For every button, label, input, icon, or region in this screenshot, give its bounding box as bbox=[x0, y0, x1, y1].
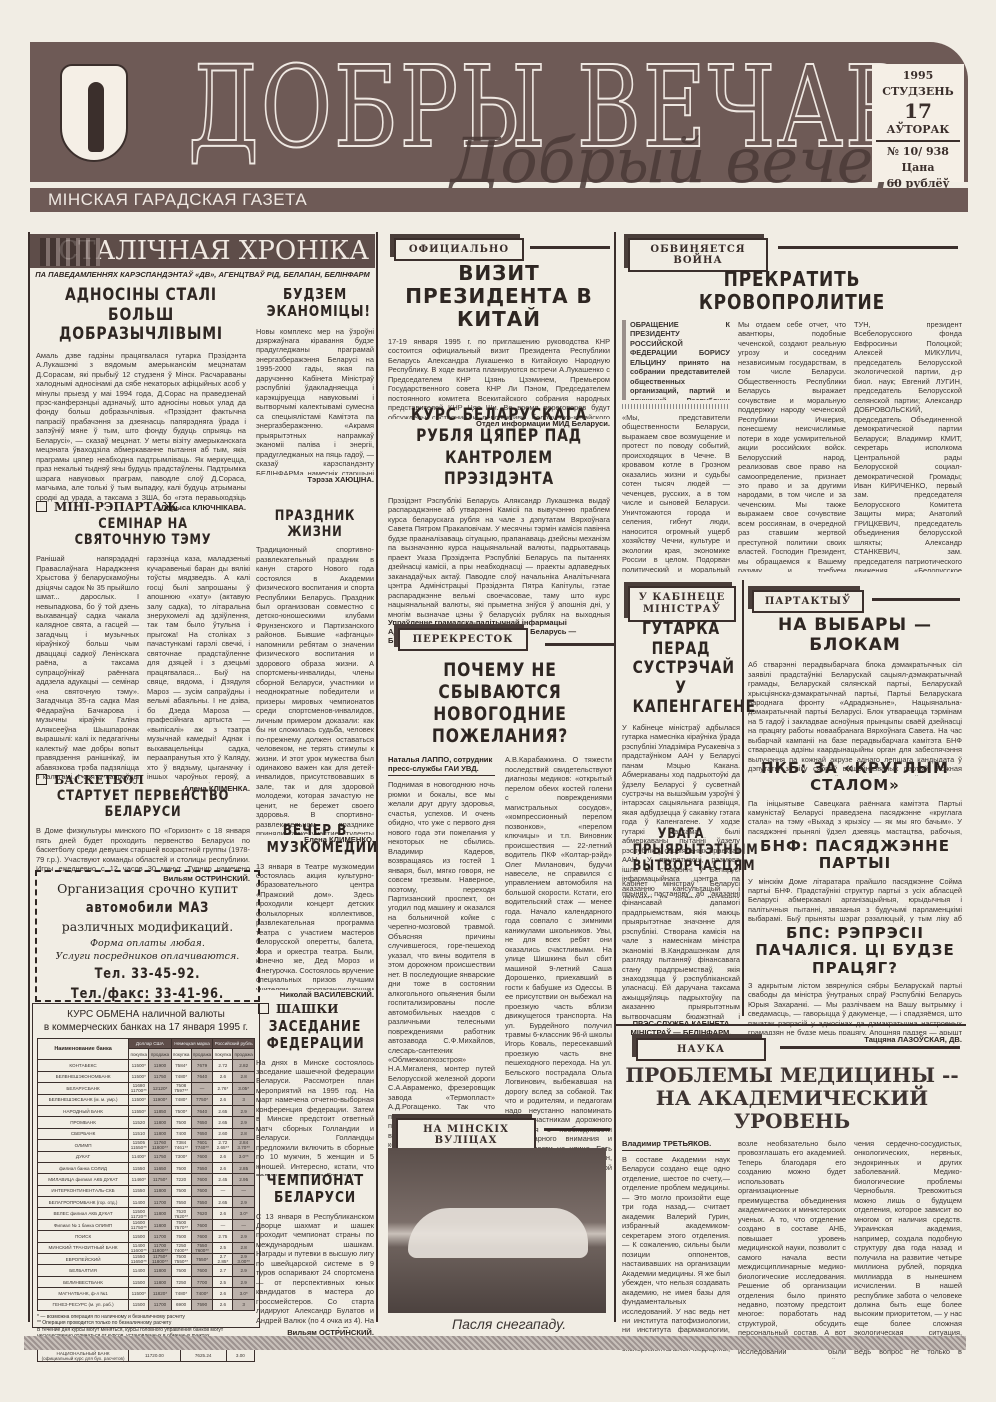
ad-phone: Тел. 33-45-92. bbox=[57, 964, 238, 984]
rate-cell: 11500* bbox=[129, 1060, 149, 1071]
rate-cell: 2.5 bbox=[213, 1276, 233, 1287]
table-row: НАРОДНЫЙ БАНК11550*118507500*76402.652.9 bbox=[38, 1105, 255, 1116]
rate-cell: 2.9 bbox=[233, 1117, 255, 1128]
rate-cell: 7384 7461** bbox=[171, 1140, 191, 1151]
issue-month: СТУДЗЕНЬ bbox=[872, 84, 964, 100]
rates-subtitle: в коммерческих банках на 17 января 1995 … bbox=[37, 1021, 255, 1034]
rubric-rule bbox=[778, 246, 958, 249]
rate-cell: 11750* bbox=[149, 1174, 171, 1185]
rate-cell: 7650 bbox=[191, 1117, 213, 1128]
national-bank-note: (официальный курс для бух. расчетов) bbox=[42, 1356, 125, 1361]
rate-cell: 11505 11550** bbox=[129, 1140, 149, 1151]
newspaper-script-title: Добрый вечер bbox=[450, 124, 913, 197]
article-pochemu: ПОЧЕМУ НЕ СБЫВАЮТСЯ НОВОГОДНИЕ ПОЖЕЛАНИЯ… bbox=[388, 660, 612, 1170]
bank-name: ВЕЛЕС филиал АКБ ДУКАТ bbox=[38, 1208, 129, 1219]
article-bps: БПС: РЭПРЭСІІ ПАЧАЛІСЯ. ЦІ БУДЗЕ ПРАЦЯГ?… bbox=[748, 925, 962, 1044]
rubric-oficialno: ОФИЦИАЛЬНО bbox=[394, 238, 524, 261]
article-title: ВЕЧЕР В МУЗКОМЕДИИ bbox=[267, 822, 364, 857]
rate-cell: 7601 7740** bbox=[191, 1140, 213, 1151]
coat-of-arms-icon bbox=[60, 64, 128, 162]
rate-cell: 11550 bbox=[129, 1162, 149, 1173]
article-body: Прэзідэнт Рэспублікі Беларусь Аляксандр … bbox=[388, 496, 610, 618]
rate-cell: 11500 bbox=[129, 1276, 149, 1287]
exchange-rates-table: КУРС ОБМЕНА наличной валюты в коммерческ… bbox=[32, 1003, 260, 1328]
rate-cell: 2.72 2.65** bbox=[213, 1140, 233, 1151]
table-row: ПОИСК1150011700750076002.752.9 bbox=[38, 1231, 255, 1242]
ad-line: Организация срочно купит bbox=[37, 880, 258, 898]
table-row: ЕВРОПЕЙСКИЙ11550 11650**11750* 11800**75… bbox=[38, 1254, 255, 1265]
table-row: Филиал № 1 банка ОЛИМП11600 11750**11800… bbox=[38, 1219, 255, 1230]
rate-cell: 11500 bbox=[129, 1299, 149, 1310]
article-body: Амаль дзве гадзіны працягвалася гутарка … bbox=[36, 351, 246, 503]
rate-cell: 7750* bbox=[191, 1094, 213, 1105]
rubric-rule bbox=[780, 1046, 960, 1049]
rate-cell: 11750 bbox=[149, 1151, 171, 1162]
rate-cell: 11400 bbox=[129, 1197, 149, 1208]
rate-cell: 2.82 bbox=[233, 1060, 255, 1071]
rate-cell: 2.7 2.85* bbox=[213, 1254, 233, 1265]
bank-name: БЕЛАРУСБАНК bbox=[38, 1083, 129, 1094]
rate-cell: 7584* bbox=[171, 1060, 191, 1071]
article-uvaga: УВАГА ПРЫЯРЫТЭТНЫМ ВЫТВОРЧАСЦЯМ Кабінет … bbox=[622, 826, 740, 1037]
article-author: ПРЭС-СЛУЖБА КАБІНЕТА МІНІСТРАЎ — БЕЛІНФА… bbox=[622, 1019, 740, 1037]
national-rub: 3.00 bbox=[226, 1350, 254, 1361]
col-usd: Доллар США bbox=[129, 1039, 171, 1049]
rate-cell: 2.6 bbox=[213, 1071, 233, 1082]
bank-name: Филиал № 1 банка ОЛИМП bbox=[38, 1219, 129, 1230]
article-body-col3: ТУН, президент Всебелорусского фонда Евф… bbox=[854, 320, 962, 572]
rate-cell: 11510 bbox=[129, 1128, 149, 1139]
rate-cell: 7500 7570** bbox=[171, 1219, 191, 1230]
bank-name: НАРОДНЫЙ БАНК bbox=[38, 1105, 129, 1116]
article-seminar: СЕМІНАР НА СВЯТОЧНУЮ ТЭМУ Ранішай напярэ… bbox=[36, 516, 250, 793]
rate-cell: 2.8 bbox=[233, 1071, 255, 1082]
article-body-col2: А.В.Карабажкина. О тяжести последствий с… bbox=[505, 755, 612, 1170]
article-body-col2: Мы отдаем себе отчет, что авантюры, подо… bbox=[738, 320, 846, 572]
rate-cell: 11680 11700** bbox=[129, 1083, 149, 1094]
article-title: ПКБ: ЗА «КРУГЛЫМ СТАЛОМ» bbox=[748, 760, 962, 795]
article-vecher: ВЕЧЕР В МУЗКОМЕДИИ 13 января в Театре му… bbox=[256, 822, 374, 999]
rate-cell: 2.6 bbox=[213, 1094, 233, 1105]
rubric-rule bbox=[544, 1128, 610, 1131]
rate-cell: 11500 bbox=[129, 1231, 149, 1242]
table-row: ДУКАТ11400*117507300*76002.63.0** bbox=[38, 1151, 255, 1162]
rate-cell: 2.75 bbox=[213, 1231, 233, 1242]
rate-cell: 7550* bbox=[191, 1254, 213, 1265]
rubric-basketball: БАСКЕТБОЛ bbox=[36, 773, 144, 787]
article-title: УВАГА ПРЫЯРЫТЭТНЫМ ВЫТВОРЧАСЦЯМ bbox=[633, 826, 730, 874]
ad-line: Форма оплаты любая. bbox=[37, 937, 258, 951]
rate-cell: 11800 bbox=[149, 1128, 171, 1139]
chronicle-sources: ПА ПАВЕДАМЛЕННЯХ КАРЭСПАНДЭНТАЎ «ДВ», АГ… bbox=[30, 270, 375, 279]
rate-cell: 7250 7400** bbox=[171, 1242, 191, 1253]
article-body: У мінскім Доме літаратара прайшло пасядж… bbox=[748, 877, 962, 925]
article-prekratit: ПРЕКРАТИТЬ КРОВОПРОЛИТИЕ ОБРАЩЕНИЕ К ПРЕ… bbox=[622, 268, 962, 573]
rate-cell: 11800 bbox=[149, 1219, 171, 1230]
sub-buy: покупка bbox=[129, 1049, 149, 1060]
issue-number: № 10/ 938 bbox=[872, 144, 964, 160]
rate-cell: 11750* 11800** bbox=[149, 1254, 171, 1265]
rates-title: КУРС ОБМЕНА наличной валюты bbox=[37, 1008, 255, 1021]
rate-cell: 3.0* bbox=[233, 1288, 255, 1299]
rate-cell: 7600 bbox=[191, 1219, 213, 1230]
newspaper-subtitle: МІНСКАЯ ГАРАДСКАЯ ГАЗЕТА bbox=[48, 190, 307, 210]
rate-cell: 3 bbox=[233, 1094, 255, 1105]
rate-cell: 3.0* bbox=[233, 1208, 255, 1219]
rate-cell: 11900 bbox=[149, 1060, 171, 1071]
rate-cell: 11820* bbox=[149, 1288, 171, 1299]
article-title: БНФ: ПАСЯДЖЭННЕ ПАРТЫІ bbox=[748, 838, 962, 873]
article-body-col2: возле необязательно было провозглашать е… bbox=[738, 1139, 846, 1359]
rate-cell: 2.65 bbox=[213, 1197, 233, 1208]
article-nauka: ПРОБЛЕМЫ МЕДИЦИНЫ -- НА АКАДЕМИЧЕСКИЙ УР… bbox=[622, 1064, 962, 1359]
left-column-border bbox=[28, 232, 30, 1322]
article-title: СЕМІНАР НА СВЯТОЧНУЮ ТЭМУ bbox=[55, 516, 230, 548]
bank-name: МИНСКИЙ ТРАНЗИТНЫЙ БАНК bbox=[38, 1242, 129, 1253]
rate-cell: 7500 bbox=[171, 1231, 191, 1242]
rate-cell: 2.72 bbox=[213, 1060, 233, 1071]
article-vybary: НА ВЫБАРЫ — БЛОКАМ Аб стварэнні перадвыб… bbox=[748, 616, 962, 776]
bank-name: ПОИСК bbox=[38, 1231, 129, 1242]
rate-cell: 2.6 bbox=[213, 1288, 233, 1299]
rate-cell: 11550* bbox=[129, 1105, 149, 1116]
issue-weekday: АЎТОРАК bbox=[872, 122, 964, 138]
rate-cell: 2.65 bbox=[213, 1117, 233, 1128]
article-body: Па ініцыятыве Савецкага раённага камітэт… bbox=[748, 799, 962, 835]
photo-snow-car bbox=[388, 1148, 606, 1313]
rate-cell: 7500 7550** bbox=[171, 1254, 191, 1265]
rates-grid: Наименование банка Доллар США Немецкая м… bbox=[37, 1038, 255, 1311]
rate-cell: 7400* bbox=[191, 1288, 213, 1299]
rate-cell: 7550 bbox=[191, 1197, 213, 1208]
rate-cell: 7508 7597** bbox=[171, 1083, 191, 1094]
article-shashki: ЗАСЕДАНИЕ ФЕДЕРАЦИИ На днях в Минске сос… bbox=[256, 1018, 374, 1176]
article-title: БПС: РЭПРЭСІІ ПАЧАЛІСЯ. ЦІ БУДЗЕ ПРАЦЯГ? bbox=[748, 925, 962, 977]
rubric-shashki: ШАШКИ bbox=[258, 1002, 338, 1016]
article-kurs: КУРС БЕЛАРУСКАГА РУБЛЯ ЦЯПЕР ПАД КАНТРОЛ… bbox=[388, 405, 610, 645]
rate-cell: 2.6 bbox=[213, 1208, 233, 1219]
rate-cell: 2.7 bbox=[213, 1265, 233, 1276]
article-title: АДНОСІНЫ СТАЛІ БОЛЬШ ДОБРАЗЫЧЛІВЫМІ bbox=[55, 286, 227, 345]
masthead: ДОБРЫ ВЕЧАР Добрый вечер 1995 СТУДЗЕНЬ 1… bbox=[30, 42, 968, 214]
article-body-col1: Поднимая в новогоднюю ночь рюмки и бокал… bbox=[388, 780, 495, 1170]
rate-cell: 7700 bbox=[191, 1276, 213, 1287]
rate-cell: 2.9 bbox=[233, 1197, 255, 1208]
national-bank-row: НАЦИОНАЛЬНЫЙ БАНК(официальный курс для б… bbox=[37, 1349, 255, 1361]
rate-cell: 7600 bbox=[191, 1151, 213, 1162]
bank-name: БЕЛБАЛТИЯ bbox=[38, 1265, 129, 1276]
article-bnf: БНФ: ПАСЯДЖЭННЕ ПАРТЫІ У мінскім Доме лі… bbox=[748, 838, 962, 925]
article-budzem: БУДЗЕМ ЭКАНОМІЦЫ! Новы комплекс мер на ў… bbox=[256, 286, 374, 484]
rate-cell: 3.0** bbox=[233, 1151, 255, 1162]
table-row: БЕЛВНЕШЭКСБАНК (м. м. умр.)11500*11900*7… bbox=[38, 1094, 255, 1105]
article-author: Николай ВАСИЛЕВСКИЙ. bbox=[256, 990, 374, 999]
sub-sell: продажа bbox=[233, 1049, 255, 1060]
article-title: ПРОБЛЕМЫ МЕДИЦИНЫ -- НА АКАДЕМИЧЕСКИЙ УР… bbox=[622, 1064, 962, 1133]
rate-cell: 11650 bbox=[149, 1162, 171, 1173]
rate-cell: 7220 bbox=[171, 1174, 191, 1185]
rate-cell: 7600 bbox=[191, 1174, 213, 1185]
rate-cell: 11700 bbox=[149, 1299, 171, 1310]
article-title: ЗАСЕДАНИЕ ФЕДЕРАЦИИ bbox=[267, 1018, 364, 1053]
bank-name: СБЕРБАНК bbox=[38, 1128, 129, 1139]
article-title: ПРАЗДНИК ЖИЗНИ bbox=[267, 508, 364, 540]
issue-date-box: 1995 СТУДЗЕНЬ 17 АЎТОРАК № 10/ 938 Цана … bbox=[872, 64, 964, 182]
article-title: НА ВЫБАРЫ — БЛОКАМ bbox=[748, 616, 962, 655]
rate-cell: 2.8 bbox=[233, 1128, 255, 1139]
article-lead: ОБРАЩЕНИЕ К ПРЕЗИДЕНТУ РОССИЙСКОЙ ФЕДЕРА… bbox=[622, 320, 730, 400]
sub-sell: продажа bbox=[191, 1049, 213, 1060]
rate-cell: 11800 bbox=[149, 1276, 171, 1287]
article-author: Тэрэза ХАЮЦІНА. bbox=[256, 475, 374, 484]
rate-cell: 11400 bbox=[129, 1265, 149, 1276]
rate-cell: — bbox=[233, 1185, 255, 1196]
rate-cell: 7550 bbox=[191, 1162, 213, 1173]
rate-cell: 11760 11800** bbox=[149, 1140, 171, 1151]
rate-cell: 7640 bbox=[191, 1071, 213, 1082]
rate-cell: 2.6 bbox=[213, 1299, 233, 1310]
rate-cell: 7640 bbox=[191, 1105, 213, 1116]
rate-cell: 2.45 bbox=[213, 1174, 233, 1185]
table-row: МИНСКИЙ ТРАНЗИТНЫЙ БАНК11400 11600**1170… bbox=[38, 1242, 255, 1253]
article-body-col2: гарэзніца каза, маладзенькі кучаравенькі… bbox=[147, 554, 250, 784]
article-adnosiny: АДНОСІНЫ СТАЛІ БОЛЬШ ДОБРАЗЫЧЛІВЫМІ Амал… bbox=[36, 286, 246, 512]
article-byline: Наталья ЛАППО, сотрудник пресс-службы ГА… bbox=[388, 755, 495, 776]
article-title: ЧЕМПИОНАТ БЕЛАРУСИ bbox=[267, 1172, 364, 1207]
rate-cell: 11520 bbox=[129, 1117, 149, 1128]
bank-name: ИНТЕРКОНТИНЕНТАЛЬ-СКБ bbox=[38, 1185, 129, 1196]
article-title: ПРЕКРАТИТЬ КРОВОПРОЛИТИЕ bbox=[648, 268, 937, 314]
article-body: В Доме физкультуры минского ПО «Горизонт… bbox=[36, 826, 250, 874]
rate-cell: 2.76* bbox=[213, 1083, 233, 1094]
table-row: МАГНАТБАНК, ф-л №111500*11820*7480*7400*… bbox=[38, 1288, 255, 1299]
article-title: СТАРТУЕТ ПЕРВЕНСТВО БЕЛАРУСИ bbox=[55, 788, 230, 820]
rate-cell: 6900 bbox=[171, 1299, 191, 1310]
table-row: ВЕЛЕС филиал АКБ ДУКАТ11500 11720**11800… bbox=[38, 1208, 255, 1219]
rubric-partaktyu: ПАРТАКТЫЎ bbox=[752, 590, 864, 613]
bank-name: ГЕНЕЗ-РЕСУРС (м. уп. раб.) bbox=[38, 1299, 129, 1310]
table-row: СБЕРБАНК1151011800740076502.602.8 bbox=[38, 1128, 255, 1139]
rate-cell: 3 bbox=[233, 1299, 255, 1310]
rate-cell: 11750 bbox=[149, 1071, 171, 1082]
rate-cell: 11700 11800** bbox=[149, 1242, 171, 1253]
rate-cell: 2.6 bbox=[213, 1151, 233, 1162]
rubric-rule bbox=[545, 643, 615, 646]
table-row: БЕЛАГРОПРОМБАНК (гор. отд.)1140011700755… bbox=[38, 1197, 255, 1208]
lanterns-icon bbox=[40, 238, 100, 266]
table-row: ИНТЕРКОНТИНЕНТАЛЬ-СКБ115501180075007600—… bbox=[38, 1185, 255, 1196]
rate-cell: 11800 bbox=[149, 1185, 171, 1196]
bottom-border-band bbox=[24, 1336, 966, 1350]
rate-cell: 11460* bbox=[129, 1174, 149, 1185]
article-body: Новы комплекс мер на ўзроўні дзяржаўнага… bbox=[256, 327, 374, 475]
rate-cell: 7500 bbox=[171, 1265, 191, 1276]
rate-cell: 2.6 bbox=[213, 1162, 233, 1173]
rate-cell: 11500 11720** bbox=[129, 1208, 149, 1219]
rubric-mini-reportage: МІНІ-РЭПАРТАЖ bbox=[36, 500, 178, 514]
rate-cell: 7600 bbox=[191, 1185, 213, 1196]
rate-cell: 7679 bbox=[191, 1060, 213, 1071]
rubric-u-kabinece: У КАБІНЕЦЕ МІНІСТРАЎ bbox=[628, 586, 736, 622]
subtitle-band: МІНСКАЯ ГАРАДСКАЯ ГАЗЕТА bbox=[30, 188, 968, 212]
article-pkb: ПКБ: ЗА «КРУГЛЫМ СТАЛОМ» Па ініцыятыве С… bbox=[748, 760, 962, 835]
article-title: ВИЗИТ ПРЕЗИДЕНТА В КИТАЙ bbox=[388, 262, 610, 331]
article-prazdnik: ПРАЗДНИК ЖИЗНИ Традиционный спортивно-ра… bbox=[256, 508, 374, 844]
col-rub: Российский рубль bbox=[213, 1039, 255, 1049]
rate-cell: 11550 11650** bbox=[129, 1254, 149, 1265]
rate-cell: 7500* bbox=[171, 1105, 191, 1116]
sub-sell: продажа bbox=[149, 1049, 171, 1060]
bank-name: БЕЛАГРОПРОМБАНК (гор. отд.) bbox=[38, 1197, 129, 1208]
article-body-col3: чения сердечно-сосудистых, онкологически… bbox=[854, 1139, 962, 1359]
article-title: ГУТАРКА ПЕРАД СУСТРЭЧАЙ У КАПЕНГАГЕНЕ bbox=[633, 620, 730, 718]
rate-cell: 2.85 bbox=[233, 1162, 255, 1173]
rate-cell: 11500* bbox=[129, 1071, 149, 1082]
rate-cell: 11800 bbox=[149, 1265, 171, 1276]
bank-name: МИЛАВИЦА филиал АКБ ДУКАТ bbox=[38, 1174, 129, 1185]
ad-fax: Тел./факс: 33-41-96. bbox=[57, 984, 238, 1004]
bank-name: ДУКАТ bbox=[38, 1151, 129, 1162]
rate-cell: 7480* bbox=[171, 1071, 191, 1082]
rate-cell: 11550 bbox=[129, 1185, 149, 1196]
rate-cell: 7500 bbox=[171, 1117, 191, 1128]
car-icon bbox=[408, 1208, 588, 1258]
rate-cell: 7500 bbox=[171, 1185, 191, 1196]
national-dem: 7625.24 bbox=[180, 1350, 226, 1361]
rate-cell: 11600 11750** bbox=[129, 1219, 149, 1230]
article-chempionat: ЧЕМПИОНАТ БЕЛАРУСИ С 13 января в Республ… bbox=[256, 1172, 374, 1337]
table-row: БЕЛВНЕШЭКОНОМБАНК11500*117507480*76402.6… bbox=[38, 1071, 255, 1082]
national-usd: 11720.00 bbox=[129, 1350, 180, 1361]
table-row: ГЕНЕЗ-РЕСУРС (м. уп. раб.)11500117006900… bbox=[38, 1299, 255, 1310]
rate-cell: 7650 bbox=[191, 1128, 213, 1139]
rate-cell: 11400* bbox=[129, 1151, 149, 1162]
article-body: З адкрытым лістом звярнуліся сябры Белар… bbox=[748, 981, 962, 1035]
rate-cell: 7480* bbox=[171, 1094, 191, 1105]
rate-cell: 11700 bbox=[149, 1197, 171, 1208]
bank-name: КОНТАБЕКС bbox=[38, 1060, 129, 1071]
table-row: БЕЛИНВЕСТБАНК1150011800725077002.52.9 bbox=[38, 1276, 255, 1287]
rate-cell: 7500 bbox=[171, 1162, 191, 1173]
sub-buy: покупка bbox=[213, 1049, 233, 1060]
rate-cell: 7520 7620** bbox=[171, 1208, 191, 1219]
bank-name: БЕЛИНВЕСТБАНК bbox=[38, 1276, 129, 1287]
article-body-col1: Ранішай напярэдадні Праваслаўнага Нарадж… bbox=[36, 554, 139, 784]
ad-line: различных модификаций. bbox=[37, 918, 258, 936]
col-bank: Наименование банка bbox=[38, 1039, 129, 1060]
rate-cell: 2.95 bbox=[233, 1174, 255, 1185]
bank-name: филиал банка СОЛИД bbox=[38, 1162, 129, 1173]
col-dem: Немецкая марка bbox=[171, 1039, 213, 1049]
hatched-rule bbox=[622, 404, 730, 409]
advertisement-maz: Организация срочно купит автомобили МАЗ … bbox=[35, 870, 260, 1002]
issue-year: 1995 bbox=[872, 68, 964, 84]
article-body: 13 января в Театре музкомедии состоялась… bbox=[256, 862, 374, 990]
rate-cell: 7550 7600** bbox=[191, 1242, 213, 1253]
rate-cell: 2.9 bbox=[233, 1265, 255, 1276]
price-label: Цана bbox=[872, 160, 964, 176]
bank-name: ЕВРОПЕЙСКИЙ bbox=[38, 1254, 129, 1265]
bank-name: БЕЛВНЕШЭКСБАНК (м. м. умр.) bbox=[38, 1094, 129, 1105]
rate-cell: 2.5 bbox=[213, 1242, 233, 1253]
table-row: КОНТАБЕКС11500*119007584*76792.722.82 bbox=[38, 1060, 255, 1071]
middle-column-border bbox=[614, 232, 616, 1322]
rate-cell: 7620 bbox=[191, 1208, 213, 1219]
rate-cell: 2.9 bbox=[233, 1231, 255, 1242]
rubric-nauka: НАУКА bbox=[636, 1038, 766, 1061]
rate-cell: 11800 bbox=[149, 1208, 171, 1219]
article-body: Кабінет міністраў Беларусі прыняў пастан… bbox=[622, 879, 740, 1019]
article-title: КУРС БЕЛАРУСКАГА РУБЛЯ ЦЯПЕР ПАД КАНТРОЛ… bbox=[408, 405, 590, 490]
rate-cell: 3.05* bbox=[233, 1083, 255, 1094]
sub-buy: покупка bbox=[171, 1049, 191, 1060]
article-title: БУДЗЕМ ЭКАНОМІЦЫ! bbox=[267, 286, 364, 321]
rubric-perekrestok: ПЕРЕКРЕСТОК bbox=[398, 628, 528, 651]
rate-cell: 7590 bbox=[191, 1299, 213, 1310]
bank-name: ПРОМБАНК bbox=[38, 1117, 129, 1128]
nauka-top-border bbox=[616, 1024, 966, 1026]
rates-body: КОНТАБЕКС11500*119007584*76792.722.82БЕЛ… bbox=[38, 1060, 255, 1311]
rate-cell: 11900* bbox=[149, 1094, 171, 1105]
article-byline: Владимир ТРЕТЬЯКОВ. bbox=[622, 1139, 730, 1151]
rate-cell: 7400 bbox=[171, 1128, 191, 1139]
table-row: МИЛАВИЦА филиал АКБ ДУКАТ11460*11750*722… bbox=[38, 1174, 255, 1185]
rate-cell: 2.84 3.70** bbox=[233, 1140, 255, 1151]
table-row: БЕЛБАЛТИЯ1140011800750076002.72.9 bbox=[38, 1265, 255, 1276]
rate-cell: 7300* bbox=[171, 1151, 191, 1162]
issue-day: 17 bbox=[872, 100, 964, 122]
rate-cell: 7600 bbox=[191, 1231, 213, 1242]
rate-cell: 2.8 bbox=[233, 1242, 255, 1253]
article-basketball: СТАРТУЕТ ПЕРВЕНСТВО БЕЛАРУСИ В Доме физк… bbox=[36, 788, 250, 883]
rate-cell: 2.60 bbox=[213, 1128, 233, 1139]
article-body: Традиционный спортивно-развлекательный п… bbox=[256, 545, 374, 835]
rate-cell: 2.9 bbox=[233, 1105, 255, 1116]
article-vizit: ВИЗИТ ПРЕЗИДЕНТА В КИТАЙ 17-19 января 19… bbox=[388, 262, 610, 428]
rate-cell: 11700 bbox=[149, 1231, 171, 1242]
article-body-col1: В составе Академии наук Беларуси создано… bbox=[622, 1155, 730, 1355]
bank-name: БЕЛВНЕШЭКОНОМБАНК bbox=[38, 1071, 129, 1082]
left-block-border bbox=[376, 232, 378, 1322]
rate-cell: 7550 bbox=[171, 1197, 191, 1208]
rate-cell: 11500* bbox=[129, 1288, 149, 1299]
rate-cell: — bbox=[213, 1185, 233, 1196]
table-row: филиал банка СОЛИД1155011650750075502.62… bbox=[38, 1162, 255, 1173]
article-body: С 13 января в Республиканском Дворце шах… bbox=[256, 1212, 374, 1328]
rubric-na-minskih-vulicah: НА МІНСКІХ ВУЛІЦАХ bbox=[396, 1118, 536, 1152]
rate-cell: 2.65 bbox=[213, 1105, 233, 1116]
rate-cell: — bbox=[213, 1219, 233, 1230]
rate-cell: 2.9 3.00** bbox=[233, 1254, 255, 1265]
right-inner-border bbox=[742, 580, 744, 1016]
rate-cell: — bbox=[191, 1083, 213, 1094]
rate-cell: 12120* bbox=[149, 1083, 171, 1094]
table-row: БЕЛАРУСБАНК11680 11700**12120*7508 7597*… bbox=[38, 1083, 255, 1094]
rate-cell: 7600 bbox=[191, 1265, 213, 1276]
article-author: Таццяна ЛАЗОЎСКАЯ, ДВ. bbox=[748, 1035, 962, 1044]
rate-cell: 7250 bbox=[171, 1276, 191, 1287]
rate-cell: 7480* bbox=[171, 1288, 191, 1299]
article-body-col1: «Мы, представители общественности Белару… bbox=[622, 413, 730, 573]
bank-name: МАГНАТБАНК, ф-л №1 bbox=[38, 1288, 129, 1299]
rate-cell: 11500* bbox=[129, 1094, 149, 1105]
photo-caption: Пасля снегападу. bbox=[452, 1316, 566, 1332]
rubric-rule bbox=[872, 598, 960, 601]
rate-cell: — bbox=[233, 1219, 255, 1230]
article-body: На днях в Минске состоялось заседание ша… bbox=[256, 1058, 374, 1176]
table-row: ПРОМБАНК1152011800750076502.652.9 bbox=[38, 1117, 255, 1128]
rate-cell: 11850 bbox=[149, 1105, 171, 1116]
